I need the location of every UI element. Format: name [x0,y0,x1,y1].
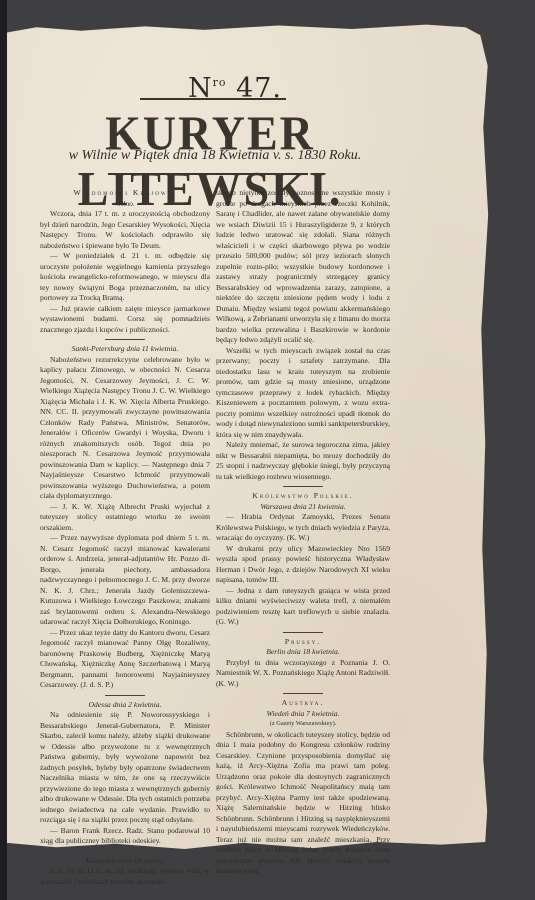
article-paragraph: Nabożeństwo rezurrekcyyne celebrowane by… [40,355,210,502]
divider [105,851,145,852]
place-heading: Wiedeń dnia 7 kwietnia. [216,709,390,720]
place-heading: Sankt-Petersburg dnia 11 kwietnia. [40,344,210,355]
right-column: skiego nietylko zostały poznoszone wszys… [216,188,390,877]
place-heading: Odessa dnia 2 kwietnia. [40,700,210,711]
section-heading: Prussy. [216,637,390,648]
divider [105,339,145,340]
article-paragraph: Przybył tu dnia wczorayszego z Poznania … [216,658,390,690]
article-paragraph: Wszelki w tych mieyscach związek został … [216,346,390,441]
masthead-rule-top [140,98,286,100]
source-note: (z Gazety Warszawskiey). [216,719,390,730]
article-paragraph: Schönbrunn, w okolicach tuteyszey stolic… [216,730,390,877]
article-paragraph: Na odniesienie się P. Noworossyyskiego i… [40,710,210,826]
section-heading: Królewstwo Polskie. [216,491,390,502]
scan-border [0,0,7,900]
article-paragraph: Wczora, dnia 17 t. m. z uroczystością ob… [40,209,210,251]
place-heading: Warszawa dnia 21 kwietnia. [216,502,390,513]
divider [283,486,323,487]
masthead-rule-bottom [108,173,308,175]
article-paragraph: — Przez ukaz teyże datty do Kantoru dwor… [40,628,210,691]
article-paragraph: — Już prawie całkiem zaięte mieysce jarm… [40,304,210,336]
article-paragraph: — Baron Frank Rzecz. Radz. Stanu podarow… [40,826,210,847]
dateline: w Wilnie w Piątek dnia 18 Kwietnia v. s.… [45,148,385,164]
section-heading: Wiadomości Krajowe. [40,188,210,199]
article-paragraph: — Hrabia Ordynat Zamoyski, Prezes Senatu… [216,512,390,544]
article-paragraph: — Jedna z dam tuteyszych graiąca w wista… [216,586,390,628]
article-paragraph: Należy mniemać, że surowa tegoroczna zim… [216,440,390,482]
section-heading: Austrya. [216,698,390,709]
article-paragraph: — W poniedziałek d. 21 t. m. odbędzie si… [40,251,210,304]
left-column: Wiadomości Krajowe. Wilno. Wczora, dnia … [40,188,210,887]
divider [105,695,145,696]
article-paragraph: — Przez naywyższe dyplomata pod dniem 5 … [40,533,210,628]
place-heading: Berlin dnia 18 kwietnia. [216,647,390,658]
divider [283,632,323,633]
place-heading: Wilno. [40,199,210,210]
article-paragraph: skiego nietylko zostały poznoszone wszys… [216,188,390,346]
article-paragraph: W drukarni przy ulicy Mazowieckiey Nro 1… [216,544,390,586]
article-paragraph: — J. K. W. Xiążę Albrecht Pruski wyjecha… [40,502,210,534]
place-heading: Kiszeniew dnia 18 marca. [40,856,210,867]
article-paragraph: Z d. 10 na 11 b. m. od wielkiego wylewu … [40,866,210,887]
divider [283,693,323,694]
